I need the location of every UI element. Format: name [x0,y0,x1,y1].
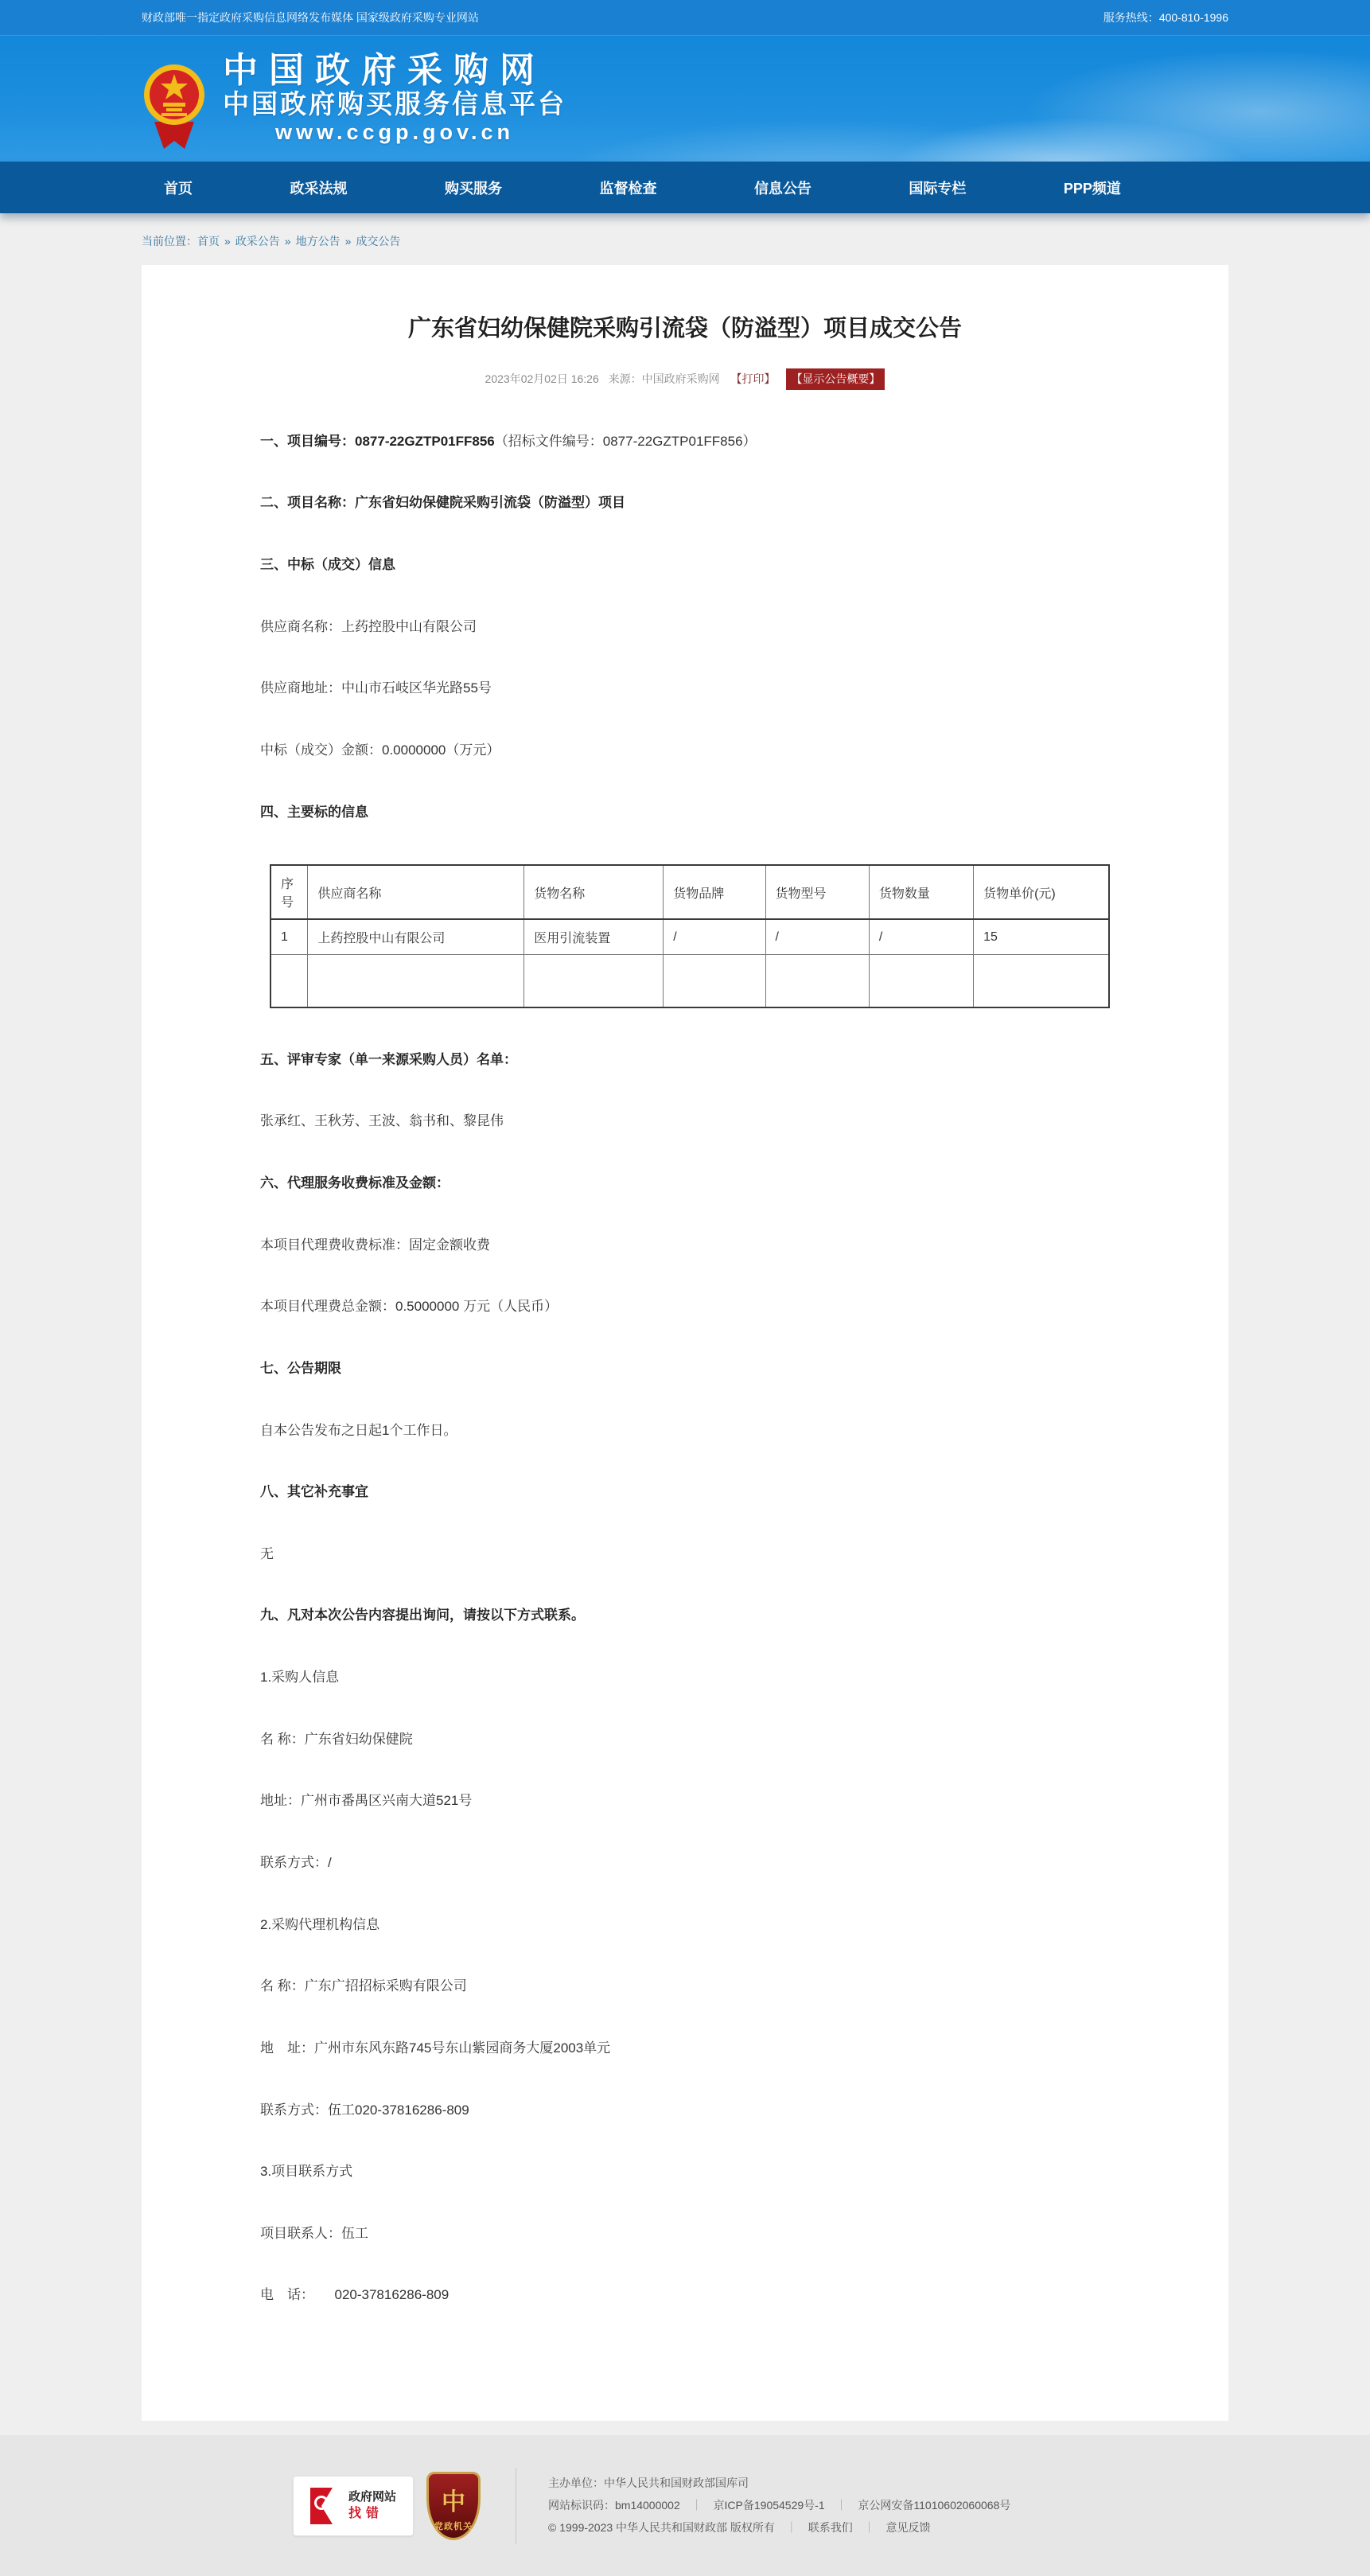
body-paragraph: 名 称：广东广招招标采购有限公司 [260,1977,1110,1997]
topbar-slogan: 财政部唯一指定政府采购信息网络发布媒体 国家级政府采购专业网站 [142,10,479,25]
breadcrumb-link-3[interactable]: 地方公告 [296,235,341,247]
goods-table-cell [524,955,664,1007]
publish-datetime: 2023年02月02日 16:26 [485,372,599,385]
goods-table-header-cell: 货物数量 [869,865,973,919]
goods-table-cell: 1 [270,919,308,955]
goods-table-cell [869,955,973,1007]
body-paragraph: 八、其它补充事宜 [260,1483,1110,1502]
body-paragraph: 地 址：广州市东风东路745号东山紫园商务大厦2003单元 [260,2039,1110,2059]
nav-item-5[interactable]: 信息公告 [754,177,811,198]
hotline-label: 服务热线： [1103,11,1159,24]
site-url: www.ccgp.gov.cn [223,119,566,145]
find-badge-line2: 找错 [348,2505,396,2523]
article-body-top: 一、项目编号：0877-22GZTP01FF856（招标文件编号：0877-22… [260,432,1110,822]
footer-divider [516,2468,516,2544]
goods-table-cell [664,955,765,1007]
body-paragraph: 二、项目名称：广东省妇幼保健院采购引流袋（防溢型）项目 [260,493,1110,513]
article-body-bottom: 五、评审专家（单一来源采购人员）名单：张承红、王秋芳、王波、翁书和、黎昆伟六、代… [260,1050,1110,2305]
footer-id-line: 网站标识码：bm14000002 ｜ 京ICP备19054529号-1 ｜ 京公… [548,2497,1010,2514]
nav-item-1[interactable]: 首页 [164,177,193,198]
breadcrumb: 当前位置：首页»政采公告»地方公告»成交公告 [142,233,1228,249]
body-paragraph: 七、公告期限 [260,1359,1110,1379]
goods-table-header-cell: 序号 [270,865,308,919]
body-paragraph: 1.采购人信息 [260,1668,1110,1688]
body-paragraph: 九、凡对本次公告内容提出询问，请按以下方式联系。 [260,1606,1110,1626]
goods-table-cell: / [664,919,765,955]
main-nav: 首页政采法规购买服务监督检查信息公告国际专栏PPP频道 [0,162,1370,213]
footer-text: 主办单位：中华人民共和国财政部国库司 网站标识码：bm14000002 ｜ 京I… [548,2469,1010,2542]
body-paragraph: 名 称：广东省妇幼保健院 [260,1730,1110,1750]
service-hotline: 服务热线：400-810-1996 [1103,10,1228,25]
goods-table-header-cell: 货物名称 [524,865,664,919]
nav-item-2[interactable]: 政采法规 [290,177,347,198]
body-paragraph: 本项目代理费收费标准：固定金额收费 [260,1236,1110,1256]
footer-copyright: © 1999-2023 中华人民共和国财政部 版权所有 [548,2521,775,2534]
body-paragraph: 本项目代理费总金额：0.5000000 万元（人民币） [260,1297,1110,1317]
announcement-card: 广东省妇幼保健院采购引流袋（防溢型）项目成交公告 2023年02月02日 16:… [142,265,1228,2421]
site-banner: 中国政府采购网 中国政府购买服务信息平台 www.ccgp.gov.cn [0,36,1370,162]
find-badge-line1: 政府网站 [348,2488,396,2505]
breadcrumb-label: 当前位置： [142,235,197,247]
goods-table-cell [308,955,524,1007]
goods-table: 序号供应商名称货物名称货物品牌货物型号货物数量货物单价(元)1上药控股中山有限公… [270,864,1110,1008]
body-paragraph: 供应商地址：中山市石岐区华光路55号 [260,679,1110,699]
breadcrumb-link-4[interactable]: 成交公告 [356,235,400,247]
site-subtitle: 中国政府购买服务信息平台 [223,89,566,119]
site-logo[interactable]: 中国政府采购网 中国政府购买服务信息平台 www.ccgp.gov.cn [142,42,566,155]
body-paragraph: 地址：广州市番禺区兴南大道521号 [260,1791,1110,1811]
footer-copyright-line: © 1999-2023 中华人民共和国财政部 版权所有 ｜ 联系我们 ｜ 意见反… [548,2519,1010,2536]
hotline-number: 400-810-1996 [1159,11,1228,24]
article-source: 来源：中国政府采购网 [609,372,720,385]
nav-item-4[interactable]: 监督检查 [599,177,656,198]
body-paragraph: 供应商名称：上药控股中山有限公司 [260,618,1110,637]
goods-table-row: 1上药控股中山有限公司医用引流装置///15 [270,919,1109,955]
site-name: 中国政府采购网 [223,53,566,89]
national-emblem-icon [143,53,205,155]
body-paragraph: 无 [260,1545,1110,1565]
body-paragraph: 2.采购代理机构信息 [260,1915,1110,1935]
nav-item-6[interactable]: 国际专栏 [909,177,966,198]
print-button[interactable]: 【打印】 [731,372,776,385]
goods-table-cell [974,955,1109,1007]
footer-contact-link[interactable]: 联系我们 [808,2521,853,2534]
body-paragraph: 张承红、王秋芳、王波、翁书和、黎昆伟 [260,1112,1110,1132]
nav-item-3[interactable]: 购买服务 [445,177,502,198]
body-paragraph: 自本公告发布之日起1个工作日。 [260,1421,1110,1441]
body-paragraph: 三、中标（成交）信息 [260,555,1110,575]
body-paragraph: 六、代理服务收费标准及金额： [260,1174,1110,1194]
article-meta: 2023年02月02日 16:26 来源：中国政府采购网 【打印】 【显示公告概… [260,368,1110,390]
goods-table-cell: / [869,919,973,955]
footer: 政府网站 找错 中 党政机关 主办单位：中华人民共和国财政部国库司 网站标识码：… [0,2435,1370,2576]
gov-site-find-error-badge[interactable]: 政府网站 找错 [293,2476,414,2536]
party-gov-shield-badge[interactable]: 中 党政机关 [426,2472,481,2540]
breadcrumb-separator: » [224,235,231,247]
goods-table-cell: 上药控股中山有限公司 [308,919,524,955]
goods-table-empty-row [270,955,1109,1007]
body-paragraph: 3.项目联系方式 [260,2162,1110,2182]
goods-table-cell: 15 [974,919,1109,955]
goods-table-cell [270,955,308,1007]
show-summary-button[interactable]: 【显示公告概要】 [786,368,885,390]
body-paragraph: 四、主要标的信息 [260,803,1110,823]
footer-sponsor-line: 主办单位：中华人民共和国财政部国库司 [548,2475,1010,2492]
goods-table-header-cell: 供应商名称 [308,865,524,919]
footer-icp-link[interactable]: 京ICP备19054529号-1 [714,2499,825,2512]
breadcrumb-link-2[interactable]: 政采公告 [235,235,280,247]
breadcrumb-separator: » [285,235,291,247]
footer-feedback-link[interactable]: 意见反馈 [886,2521,931,2534]
goods-table-cell: / [765,919,869,955]
shield-emblem-icon: 中 [442,2491,465,2515]
body-paragraph: 一、项目编号：0877-22GZTP01FF856（招标文件编号：0877-22… [260,432,1110,452]
goods-table-cell [765,955,869,1007]
page-title: 广东省妇幼保健院采购引流袋（防溢型）项目成交公告 [260,314,1110,345]
body-paragraph: 五、评审专家（单一来源采购人员）名单： [260,1050,1110,1070]
goods-table-header-row: 序号供应商名称货物名称货物品牌货物型号货物数量货物单价(元) [270,865,1109,919]
goods-table-header-cell: 货物单价(元) [974,865,1109,919]
footer-site-id: 网站标识码：bm14000002 [548,2499,680,2512]
body-paragraph: 联系方式：/ [260,1853,1110,1873]
body-paragraph: 项目联系人：伍工 [260,2224,1110,2244]
body-paragraph: 电 话： 020-37816286-809 [260,2286,1110,2305]
breadcrumb-band: 当前位置：首页»政采公告»地方公告»成交公告 [0,213,1370,265]
body-paragraph: 中标（成交）金额：0.0000000（万元） [260,741,1110,761]
nav-item-7[interactable]: PPP频道 [1064,177,1121,198]
body-paragraph: 联系方式：伍工020-37816286-809 [260,2101,1110,2121]
goods-table-header-cell: 货物品牌 [664,865,765,919]
goods-table-header-cell: 货物型号 [765,865,869,919]
topbar: 财政部唯一指定政府采购信息网络发布媒体 国家级政府采购专业网站 服务热线：400… [0,0,1370,36]
goods-table-cell: 医用引流装置 [524,919,664,955]
shield-label: 党政机关 [434,2519,473,2532]
footer-security-link[interactable]: 京公网安备11010602060068号 [858,2499,1010,2512]
breadcrumb-link-1[interactable]: 首页 [197,235,220,247]
find-error-magnifier-icon [310,2488,342,2524]
breadcrumb-separator: » [345,235,352,247]
